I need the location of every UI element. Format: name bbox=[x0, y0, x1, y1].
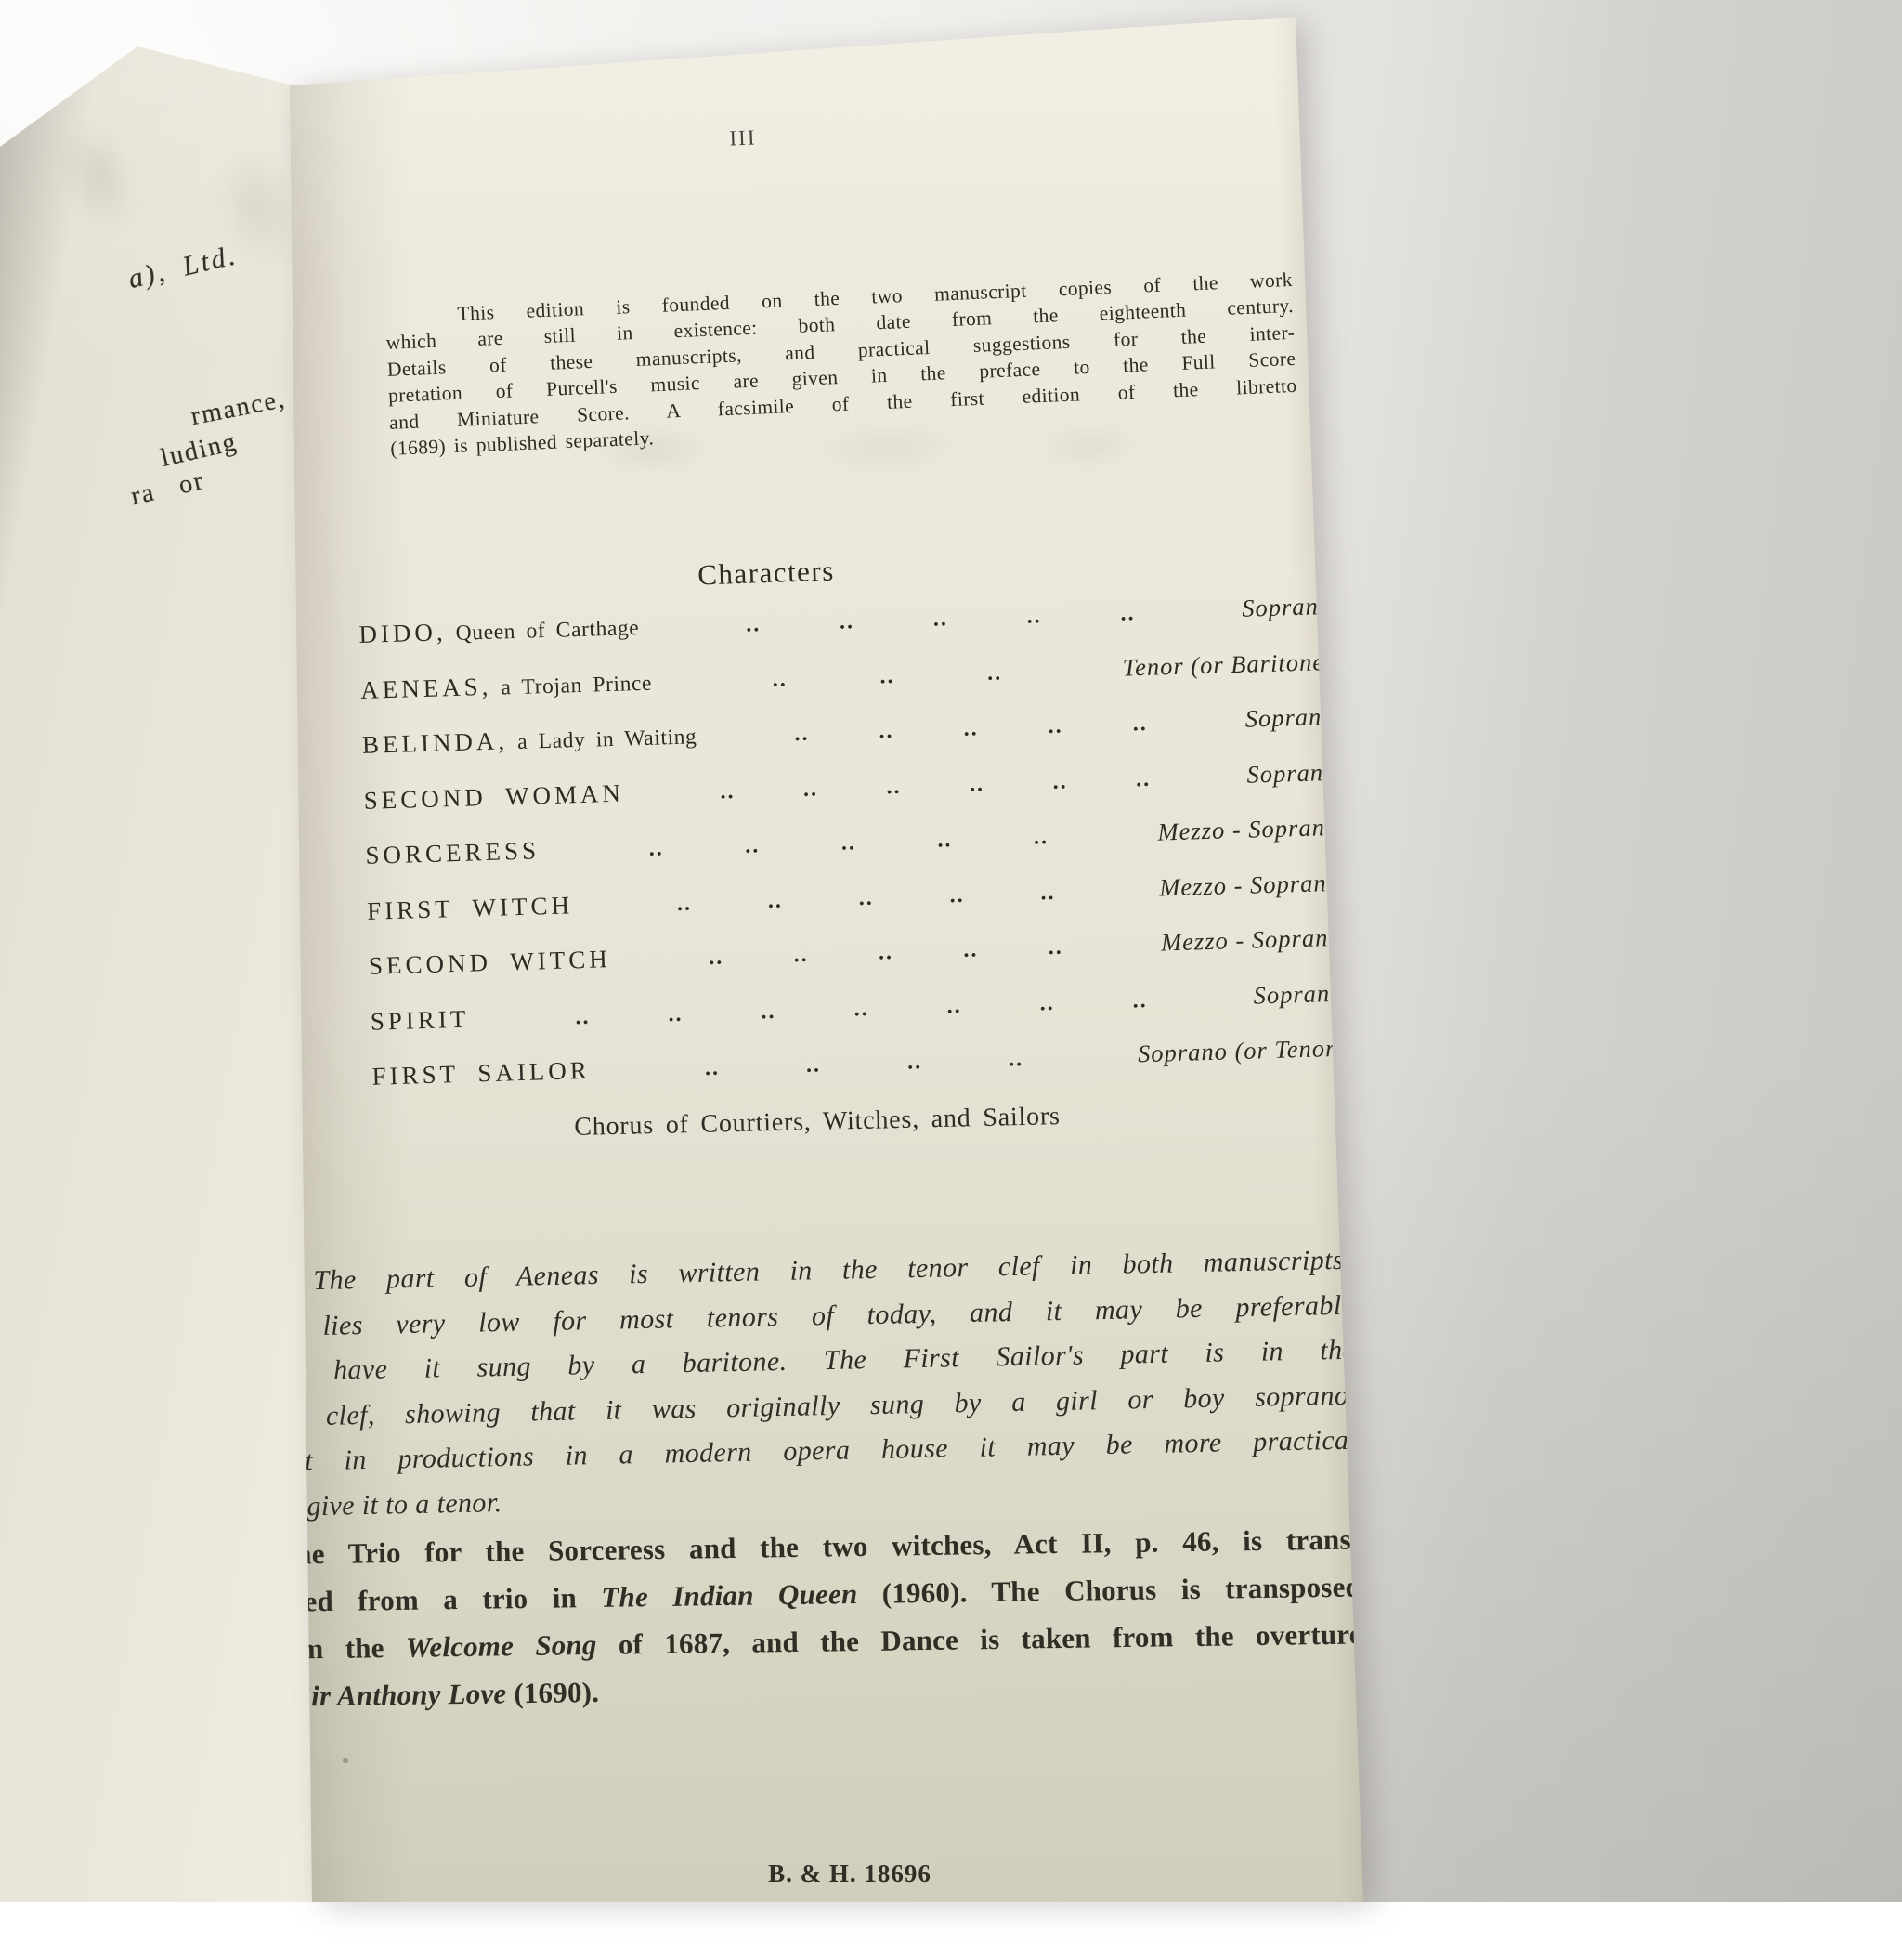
dot-leader-pair: .. bbox=[575, 1004, 591, 1029]
dot-leader-pair: .. bbox=[840, 609, 855, 634]
character-name: DIDO, bbox=[358, 618, 447, 649]
dot-leader-pair: .. bbox=[793, 943, 809, 968]
character-description: a Lady in Waiting bbox=[517, 725, 697, 755]
dot-leader-pair: .. bbox=[963, 937, 979, 962]
character-description: Queen of Carthage bbox=[455, 616, 639, 647]
character-name: FIRST WITCH bbox=[367, 891, 574, 926]
dot-leader-pair: .. bbox=[745, 833, 761, 858]
dot-leader-pair: .. bbox=[1120, 601, 1136, 626]
text-segment: (1690). bbox=[506, 1676, 599, 1709]
dot-leader-pair: .. bbox=[746, 612, 762, 637]
dot-leader-pair: .. bbox=[858, 885, 874, 910]
dot-leader-pair: .. bbox=[1034, 825, 1049, 850]
character-row: BELINDA,a Lady in Waiting..........Sopra… bbox=[362, 702, 1335, 760]
character-name: BELINDA, bbox=[362, 726, 509, 760]
character-row: AENEAS,a Trojan Prince......Tenor (or Ba… bbox=[360, 647, 1334, 704]
character-voice: Mezzo - Soprano bbox=[1161, 923, 1342, 958]
character-name: SECOND WITCH bbox=[369, 945, 612, 981]
dot-leader-pair: .. bbox=[1039, 990, 1055, 1015]
dot-leader-pair: .. bbox=[949, 882, 965, 908]
intro-paragraph: This edition is founded on the two manus… bbox=[384, 267, 1298, 462]
photo-scene: a), Ltd.rmance,ludingra or III This edit… bbox=[0, 0, 1902, 1902]
dot-leader-pair: .. bbox=[772, 667, 788, 692]
character-row: FIRST WITCH..........Mezzo - Soprano bbox=[367, 868, 1340, 925]
dot-leader-pair: .. bbox=[879, 940, 894, 965]
character-voice: Mezzo - Soprano bbox=[1159, 868, 1340, 902]
character-name: AENEAS, bbox=[360, 672, 492, 704]
dot-leader-pair: .. bbox=[879, 719, 894, 744]
dot-leader-pair: .. bbox=[1132, 987, 1148, 1013]
dot-leaders: ........ bbox=[618, 1044, 1110, 1084]
text-segment: posed from a trio in bbox=[262, 1581, 602, 1618]
dot-leaders: .......... bbox=[724, 710, 1218, 750]
character-row: FIRST SAILOR........Soprano (or Tenor) bbox=[371, 1034, 1345, 1091]
character-voice: Soprano bbox=[1242, 592, 1333, 623]
character-voice: Soprano bbox=[1253, 978, 1344, 1010]
dot-leader-pair: .. bbox=[987, 660, 1003, 686]
dot-leader-pair: .. bbox=[1136, 766, 1152, 791]
character-voice: Tenor (or Baritone) bbox=[1122, 647, 1334, 682]
dot-leader-pair: .. bbox=[806, 1052, 822, 1078]
character-row: SPIRIT..............Soprano bbox=[370, 978, 1343, 1036]
dot-leader-pair: .. bbox=[704, 1056, 720, 1081]
dot-leaders: .............. bbox=[497, 986, 1226, 1032]
text-segment: from the bbox=[263, 1631, 407, 1666]
book-page-wrap: III This edition is founded on the two m… bbox=[0, 0, 1902, 1902]
dot-leader-pair: .. bbox=[1052, 769, 1068, 794]
dot-leader-pair: .. bbox=[1040, 880, 1056, 905]
dot-leader-pair: .. bbox=[946, 993, 962, 1018]
dot-leader-pair: .. bbox=[853, 996, 869, 1021]
dot-leader-pair: .. bbox=[963, 716, 979, 741]
aeneas-note-paragraph: The part of Aeneas is written in the ten… bbox=[272, 1238, 1359, 1530]
dot-leader-pair: .. bbox=[668, 1001, 684, 1026]
character-row: SECOND WOMAN............Soprano bbox=[363, 757, 1336, 815]
dot-leader-pair: .. bbox=[761, 999, 776, 1024]
character-voice: Soprano (or Tenor) bbox=[1138, 1034, 1346, 1069]
character-voice: Mezzo - Soprano bbox=[1157, 813, 1338, 847]
dot-leaders: ...... bbox=[680, 658, 1096, 695]
trio-note-paragraph: The Trio for the Sorceress and the two w… bbox=[261, 1515, 1363, 1720]
dot-leader-pair: .. bbox=[932, 607, 948, 632]
character-voice: Soprano bbox=[1244, 702, 1335, 734]
character-voice: Soprano bbox=[1246, 757, 1337, 789]
character-description: a Trojan Prince bbox=[501, 671, 652, 700]
book-page: III This edition is founded on the two m… bbox=[0, 0, 1902, 1902]
dot-leader-pair: .. bbox=[840, 830, 856, 856]
work-title-italic: Welcome Song bbox=[406, 1628, 597, 1664]
dot-leader-pair: .. bbox=[709, 946, 724, 971]
work-title-italic: Sir Anthony Love bbox=[294, 1677, 506, 1712]
character-name: SPIRIT bbox=[370, 1004, 469, 1036]
text-segment: of 1687, and the Dance is taken from the… bbox=[596, 1617, 1362, 1661]
dot-leader-pair: .. bbox=[677, 891, 693, 916]
dot-leader-pair: .. bbox=[767, 888, 783, 913]
dot-leader-pair: .. bbox=[648, 836, 664, 861]
text-segment: The Trio for the Sorceress and the two w… bbox=[276, 1522, 1361, 1570]
page-number: III bbox=[316, 110, 1170, 166]
dot-leader-pair: .. bbox=[1026, 604, 1042, 629]
dot-leader-pair: .. bbox=[879, 663, 895, 688]
dot-leader-pair: .. bbox=[803, 777, 819, 802]
dot-leaders: ............ bbox=[652, 764, 1219, 806]
characters-table: DIDO,Queen of Carthage..........SopranoA… bbox=[358, 592, 1346, 1117]
dot-leader-pair: .. bbox=[1048, 714, 1063, 739]
dot-leader-pair: .. bbox=[794, 722, 810, 747]
dot-leader-pair: .. bbox=[907, 1050, 923, 1075]
plate-number: B. & H. 18696 bbox=[478, 1860, 1221, 1888]
dot-leader-pair: .. bbox=[1009, 1047, 1024, 1072]
dot-leader-pair: .. bbox=[720, 779, 736, 804]
dot-leaders: .......... bbox=[638, 933, 1133, 973]
text-segment: to bbox=[263, 1680, 295, 1713]
dot-leaders: .......... bbox=[567, 822, 1130, 864]
character-row: SECOND WITCH..........Mezzo - Soprano bbox=[369, 923, 1342, 981]
dot-leaders: .......... bbox=[667, 599, 1215, 640]
dot-leader-pair: .. bbox=[886, 774, 902, 799]
character-row: SORCERESS..........Mezzo - Soprano bbox=[365, 813, 1338, 870]
dot-leader-pair: .. bbox=[937, 828, 953, 853]
dot-leader-pair: .. bbox=[970, 772, 985, 797]
dust-speck bbox=[343, 1758, 348, 1763]
character-name: SECOND WOMAN bbox=[363, 778, 624, 815]
text-segment: (1960). The Chorus is transposed bbox=[857, 1570, 1361, 1610]
character-name: FIRST SAILOR bbox=[371, 1056, 591, 1091]
dot-leaders: .......... bbox=[601, 878, 1132, 919]
work-title-italic: The Indian Queen bbox=[601, 1577, 858, 1614]
character-row: DIDO,Queen of Carthage..........Soprano bbox=[358, 592, 1332, 649]
dot-leader-pair: .. bbox=[1132, 712, 1148, 737]
characters-heading: Characters bbox=[381, 543, 1153, 602]
dot-leader-pair: .. bbox=[1048, 935, 1063, 960]
character-name: SORCERESS bbox=[365, 836, 540, 870]
